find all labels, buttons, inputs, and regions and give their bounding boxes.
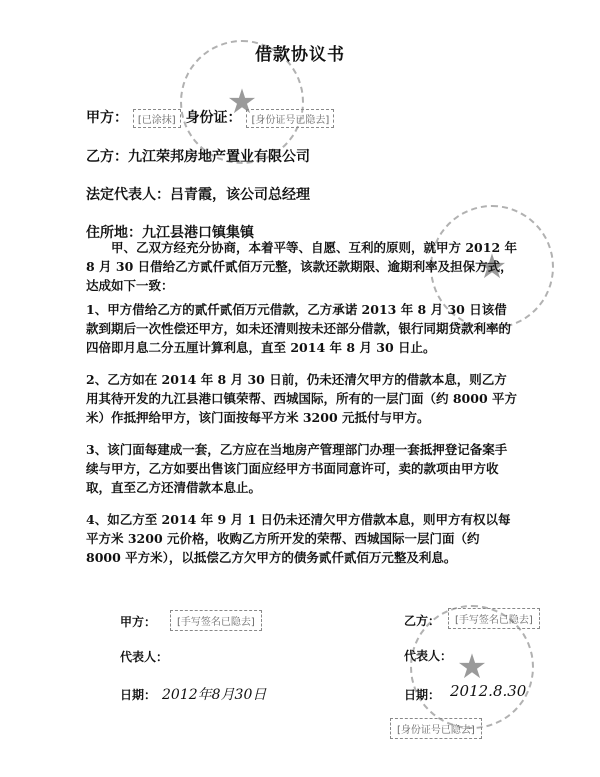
legal-rep-label: 法定代表人： [86,187,170,203]
party-b-line: 乙方：九江荣邦房地产置业有限公司 [86,146,310,166]
party-a-date-value: 2012年8月30日 [162,684,266,704]
party-b-rep-label: 代表人： [404,647,452,664]
party-a-date-label: 日期： [120,686,156,703]
clause-1: 1、甲方借给乙方的贰仟贰佰万元借款，乙方承诺 2013 年 8 月 30 日该借… [86,300,518,357]
document-title: 借款协议书 [0,40,600,65]
legal-rep-line: 法定代表人：吕青霞，该公司总经理 [86,184,310,204]
party-b-handwritten-id-redacted: [身份证号已隐去] [390,718,482,739]
clause-3: 3、该门面每建成一套，乙方应在当地房产管理部门办理一套抵押登记备案手续与甲方，乙… [86,440,518,497]
preamble-paragraph: 甲、乙双方经充分协商，本着平等、自愿、互利的原则，就甲方 2012 年 8 月 … [86,238,518,295]
party-a-label: 甲方： [86,110,128,126]
loan-agreement-document: ★ ★ ★ 借款协议书 甲方： [已涂抹] 身份证： [身份证号已隐去] 乙方：… [0,0,600,777]
party-b-sign-label: 乙方： [404,612,440,629]
party-a-sign-label: 甲方： [120,613,156,630]
legal-rep-value: 吕青霞，该公司总经理 [170,187,310,203]
party-b-signature-redacted: [手写签名已隐去] [448,608,540,629]
party-b-date-value: 2012.8.30 [450,682,526,700]
seal-star-icon: ★ [457,647,487,687]
party-a-rep-label: 代表人： [120,648,168,665]
party-a-signature-redacted: [手写签名已隐去] [170,610,262,631]
party-a-line: 甲方： [已涂抹] 身份证： [身份证号已隐去] [86,107,334,128]
party-a-id-label: 身份证： [186,110,242,126]
party-a-name-redacted: [已涂抹] [133,109,181,128]
party-a-id-number: [身份证号已隐去] [246,109,334,128]
party-b-date-label: 日期： [404,686,440,703]
party-b-name: 九江荣邦房地产置业有限公司 [128,149,310,165]
clause-4: 4、如乙方至 2014 年 9 月 1 日仍未还清欠甲方借款本息，则甲方有权以每… [86,510,518,567]
clause-2: 2、乙方如在 2014 年 8 月 30 日前，仍未还清欠甲方的借款本息，则乙方… [86,370,518,427]
party-b-label: 乙方： [86,149,128,165]
